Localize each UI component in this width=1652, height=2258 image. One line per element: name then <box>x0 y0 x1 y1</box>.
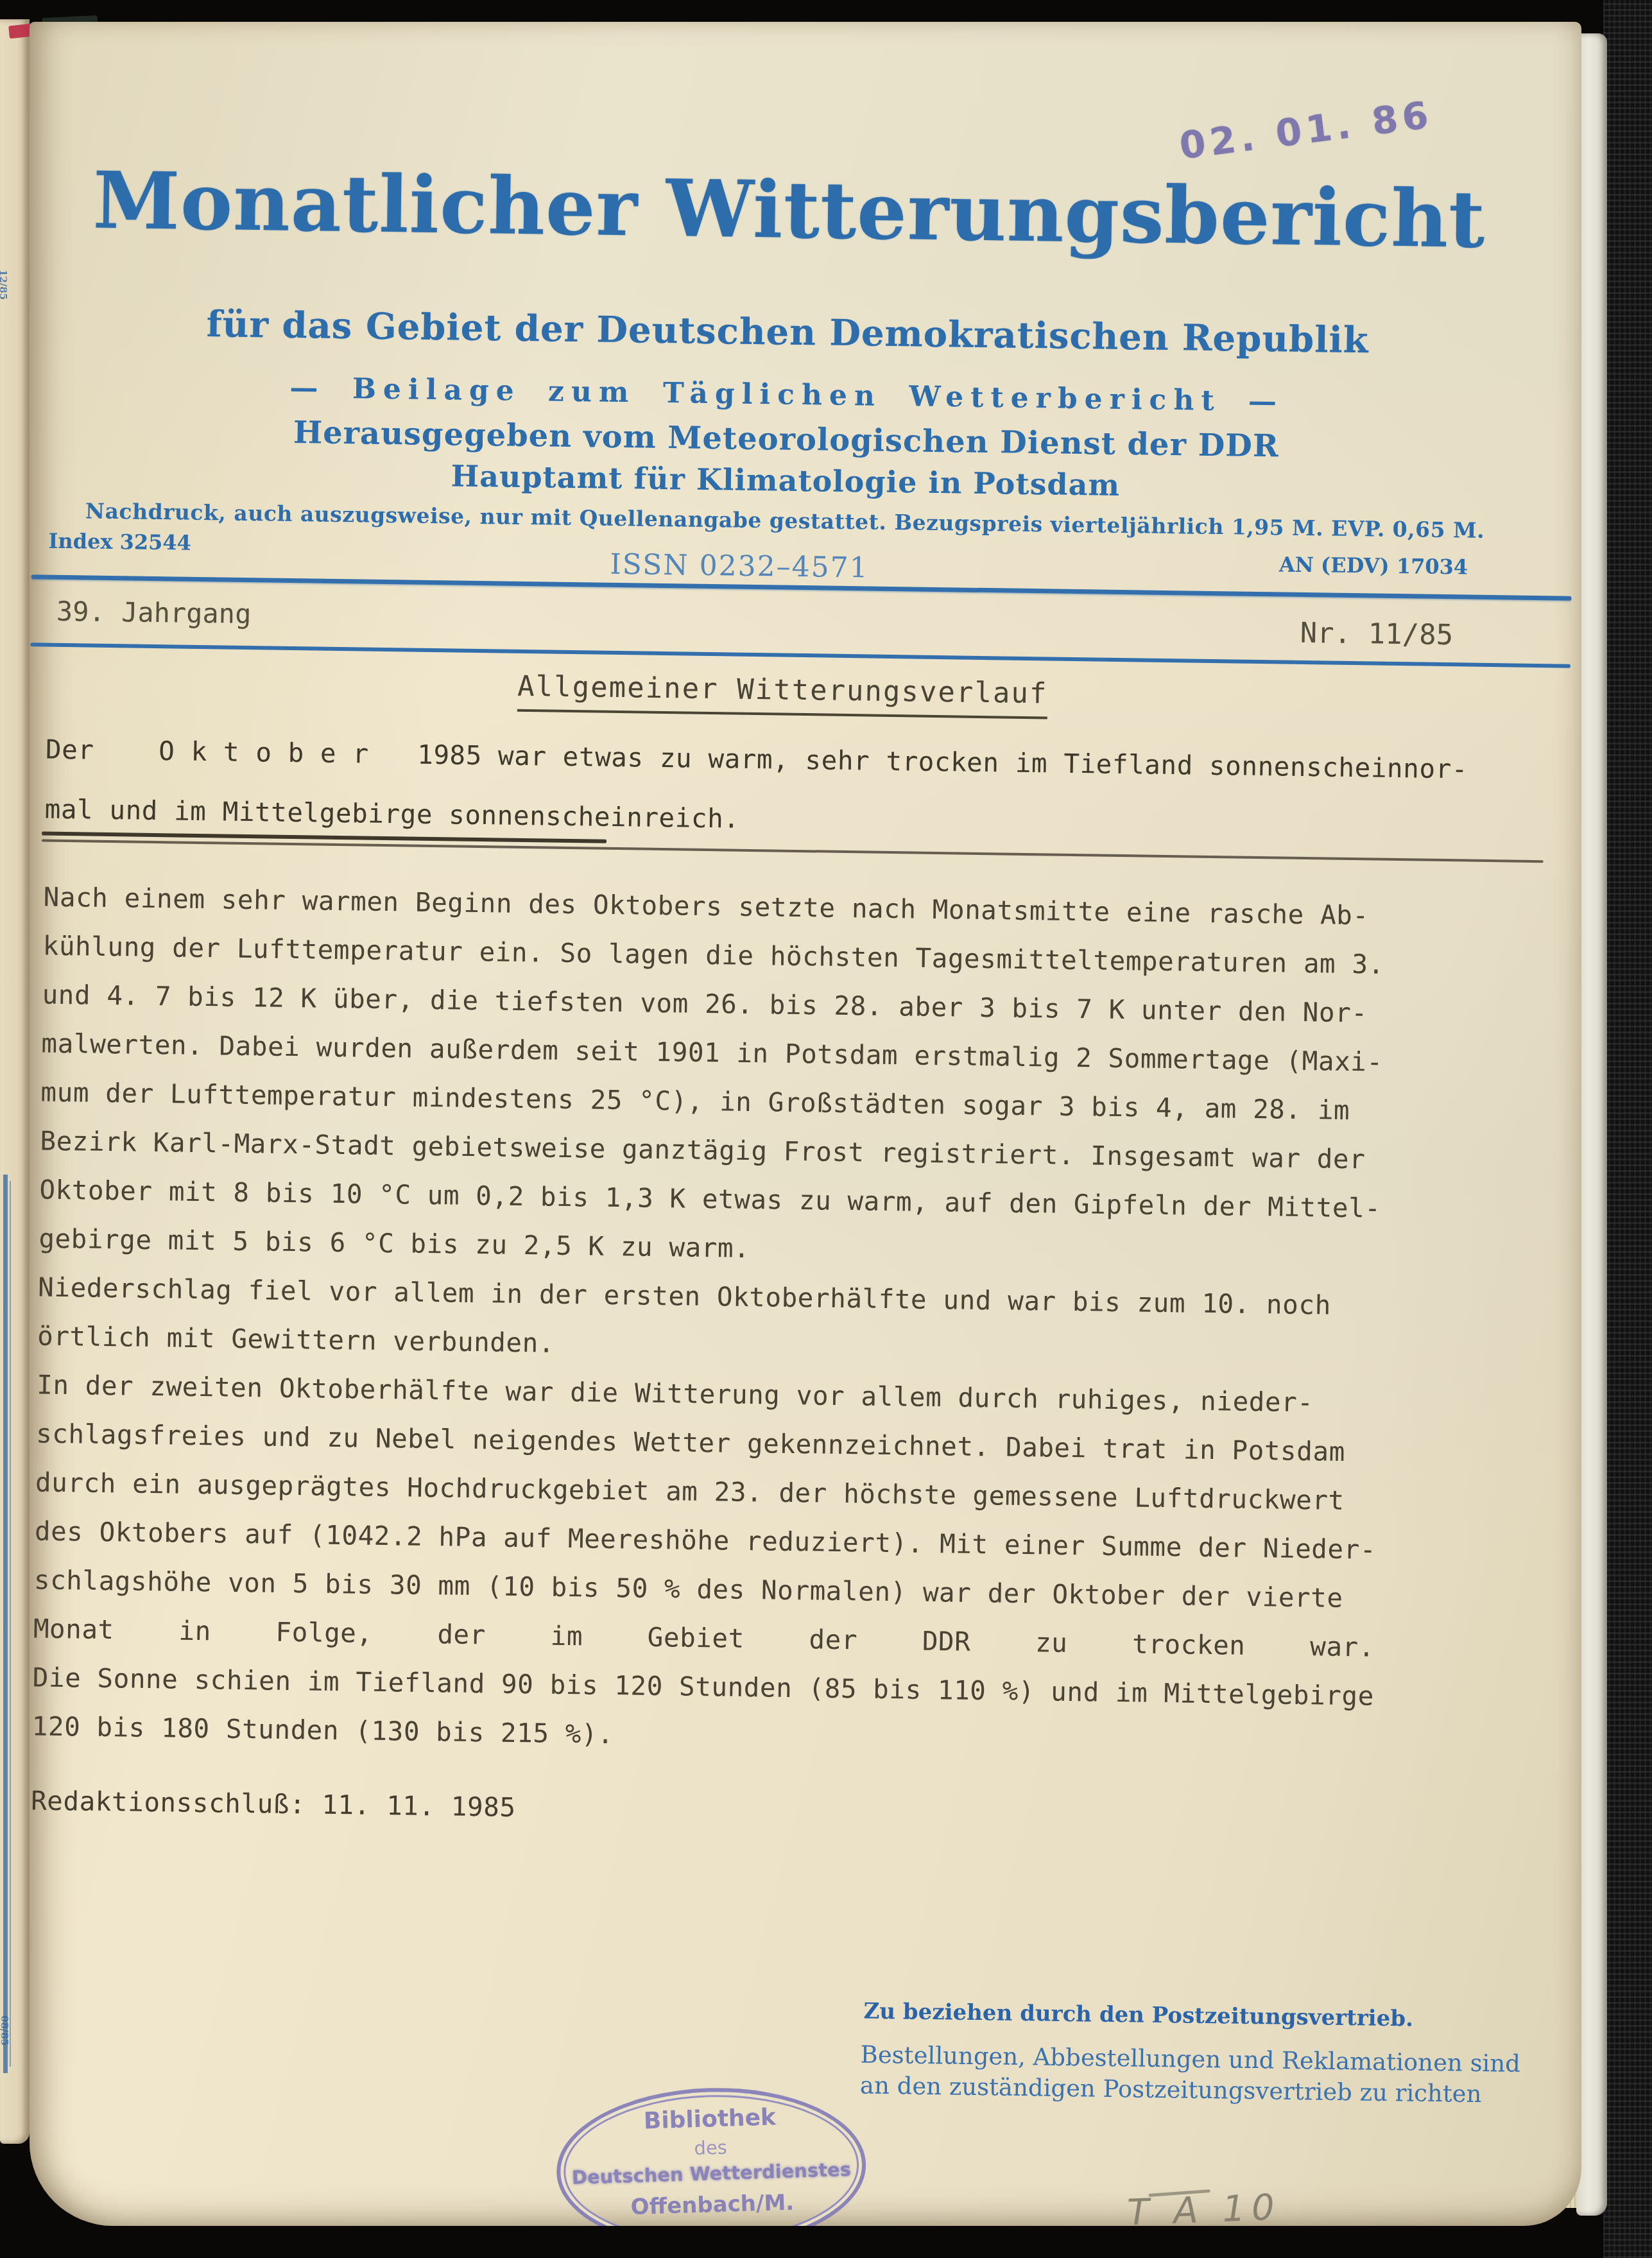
edge-text-bottom: 08/85 <box>0 2015 10 2046</box>
volume-label: 39. Jahrgang <box>56 596 252 630</box>
section-heading: Allgemeiner Witterungsverlauf <box>517 670 1048 720</box>
intro-line-2: mal und im Mittelgebirge sonnenscheinrei… <box>44 794 739 834</box>
previous-page-border-line <box>3 1175 8 2073</box>
library-stamp-line-2: des <box>560 2132 862 2163</box>
library-stamp-line-3: Deutschen Wetterdienstes <box>560 2158 863 2189</box>
masthead-title: Monatlicher Witterungsbericht <box>30 153 1551 266</box>
distribution-line-3: an den zuständigen Postzeitungsvertrieb … <box>860 2072 1482 2108</box>
body-paragraphs: Nach einem sehr warmen Beginn des Oktobe… <box>31 882 1545 1781</box>
library-stamp-line-1: Bibliothek <box>558 2101 861 2137</box>
distribution-line-2: Bestellungen, Abbestellungen und Reklama… <box>860 2041 1520 2078</box>
issue-number: Nr. 11/85 <box>1300 617 1453 651</box>
received-date-stamp: 02. 01. 86 <box>1177 92 1435 168</box>
an-edv-number: AN (EDV) 17034 <box>1173 551 1468 579</box>
page-content: 02. 01. 86 Monatlicher Witterungsbericht… <box>30 22 1581 2226</box>
distribution-line-1: Zu beziehen durch den Postzeitungsvertri… <box>863 1999 1413 2032</box>
library-oval-stamp: Bibliothek des Deutschen Wetterdienstes … <box>555 2083 868 2226</box>
section-heading-wrap: Allgemeiner Witterungsverlauf <box>30 663 1544 726</box>
document-page: 02. 01. 86 Monatlicher Witterungsbericht… <box>30 22 1581 2226</box>
intro-divider-rule <box>42 840 1544 863</box>
edge-text-top: 12/85 <box>0 270 9 300</box>
book-cover-cloth <box>1603 0 1652 2258</box>
library-stamp-line-4: Offenbach/M. <box>561 2187 863 2222</box>
handwritten-shelf-mark: T A 10 <box>1126 2186 1282 2226</box>
masthead-subtitle: für das Gebiet der Deutschen Demokratisc… <box>30 300 1548 364</box>
previous-page-border-line-thin <box>10 1181 11 2067</box>
previous-page-edge: 12/85 08/85 <box>0 19 30 2144</box>
intro-line-1: Der O k t o b e r 1985 war etwas zu warm… <box>46 734 1468 785</box>
scanned-book-page: { "page": { "date_stamp": "02. 01. 86", … <box>0 0 1652 2258</box>
editorial-deadline: Redaktionsschluß: 11. 11. 1985 <box>31 1785 516 1823</box>
